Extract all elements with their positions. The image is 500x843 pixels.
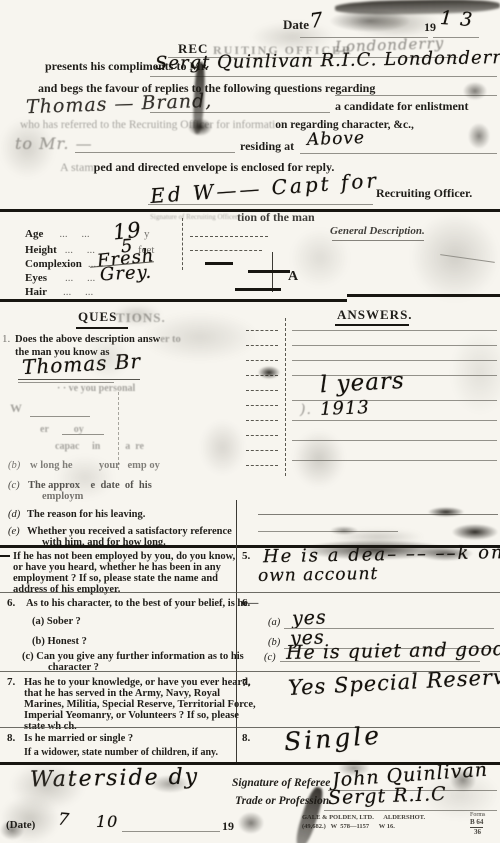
mid-stain-5 [55,455,115,500]
q1-name-underline-1 [18,379,140,380]
age-label: Age [25,228,43,240]
complexion-row: Complexion... [25,259,96,271]
forms-number-top: B 64 [470,819,483,828]
date-day-handwriting: 7 [309,9,325,31]
q6-item-a: (a) Sober ? [32,616,81,627]
answer-stub-8 [246,435,278,436]
description-mark-1 [205,262,233,265]
answer-rule-1 [292,330,497,331]
q7-number: 7. [7,677,15,689]
mid-stain-1 [140,312,260,362]
questions-underline [76,327,128,329]
q1-line1-clear: Does the above description answ [15,334,160,345]
footer-date-month-handwriting: 10 [96,814,118,830]
date-label: Date [283,18,309,32]
description-center-stain [290,228,350,288]
q8-line1: Is he married or single ? [24,733,133,744]
answer-stub-6 [246,405,278,406]
eyes-label: Eyes [25,272,47,284]
description-mark-2 [248,270,290,273]
qe-line1: Whether you received a satisfactory refe… [27,526,232,537]
answer6-number: 6. [242,598,250,610]
footer-date-day-handwriting: 7 [57,811,71,829]
right-edge-mark-1 [463,82,487,100]
qa-column-divider [236,500,237,763]
q7-q8-separator [0,727,500,728]
complexion-label: Complexion [25,258,82,270]
answer5-stain-3 [330,530,425,544]
answers-header: ANSWERS. [337,308,413,322]
description-bottom-rule-left [0,299,347,302]
answer5-number: 5. [242,551,250,563]
answer5-handwriting-line2: own account [258,566,379,585]
qd-answer-blot [428,507,464,517]
officer-signature-scrawl: Ed W—— Capt for [150,170,380,206]
answer-stub-10 [246,465,278,466]
q8-line2: If a widower, state number of children, … [24,748,218,759]
addressee-handwriting: Sergt Quinlivan R.I.C. Londonderry [155,49,500,73]
printer-imprint-line1: GALE & POLDEN, LTD. ALDERSHOT. [302,815,425,822]
q7-line4: Imperial Yeomanry, or Volunteers ? If so… [24,710,239,721]
qd-label: (d) [8,509,20,520]
answer6-c-rule [280,661,480,662]
height-leader-dots: ... ... [65,244,95,256]
description-grid-hline-1 [190,236,268,237]
footer-smudge [150,775,190,793]
scanned-recruiting-reference-form: Date 7 19 1 3 REC RUITING OFFICER London… [0,0,500,843]
description-mark-3 [235,288,281,291]
answer-stub-7 [246,420,278,421]
height-label: Height [25,244,57,256]
footer-year-printed: 19 [222,820,234,833]
qb-label: (b) [8,460,20,471]
q6-intro: As to his character, to the best of your… [26,598,258,609]
qd-text: The reason for his leaving. [27,509,145,520]
answer1-ink-blot [258,366,280,379]
answers-vdash [285,318,286,476]
date-ink-smudge [330,10,410,32]
footer-year-smudge [238,812,264,834]
left-faded-rule-1 [30,416,90,417]
mid-stain-2 [85,335,130,380]
age-leader-dots: ... ... [59,228,89,240]
envelope-line: A stamped and directed envelope is enclo… [60,161,334,174]
residing-label: residing at [240,140,294,153]
date-year-handwriting: 1 3 [439,9,473,30]
residing-line-rule [300,153,497,154]
qe-answer-heavy-blot [452,524,498,540]
answer6-b-label: (b) [268,637,280,648]
answer-rule-6 [292,420,497,421]
answer6-c-label: (c) [264,652,276,663]
candidate-label: a candidate for enlistment [335,100,468,113]
age-row: Age... ... [25,229,90,241]
q2-faded-text: · · ve you personal [57,384,135,395]
right-edge-mark-2 [468,123,490,149]
complexion-leader-dots: ... [88,258,96,270]
footer-descender-blot [338,760,370,776]
left-edge-stain [0,118,55,178]
mid-stain-4 [293,430,345,488]
q6-item-b: (b) Honest ? [32,636,87,647]
answers-underline [335,324,409,326]
left-column-vdash [118,392,119,470]
qc-label: (c) [8,480,20,491]
eyes-row: Eyes... ... [25,273,95,285]
q5-line4: address of his employer. [13,584,120,595]
description-caption: tion of the man [237,211,315,224]
answer8-handwriting: Single [283,723,383,755]
footer-date-label: (Date) [6,820,35,832]
hair-label: Hair [25,286,47,298]
answer1-handwriting-line1: l years [319,370,405,397]
general-description-underline [332,240,424,241]
forms-number-bottom: 36 [474,829,481,836]
referred-faded-text: who has referred to the Recruiting Offic… [20,119,275,131]
answer8-number: 8. [242,733,250,745]
q4-fragment-2: capac in a re [55,442,144,453]
answer6-c-handwriting: He is quiet and good [286,640,500,663]
answer-stub-9 [246,450,278,451]
answer1-prefix-faded: ). [300,403,312,417]
eyes-value-handwriting: Grey. [100,264,153,285]
q3-faded-text: W [10,402,22,415]
footer-right-stain [420,770,500,820]
description-grid-hline-2 [190,250,262,251]
q6-item-c-line1: (c) Can you give any further information… [22,651,244,662]
answer-stub-5 [246,390,278,391]
q7-line1: Has he to your knowledge, or have you ev… [24,677,251,688]
age-unit: y [144,229,150,241]
q1-number: 1. [2,334,10,346]
q5-line1: If he has not been employed by you, do y… [13,551,235,562]
mid-stain-3 [200,420,245,475]
date-year-printed: 19 [424,21,436,34]
description-bottom-rule-right [347,294,500,297]
answer5-stain-2 [418,546,473,561]
answer7-number: 7. [242,678,250,690]
left-faded-rule-2 [62,434,104,435]
q6-number: 6. [7,598,15,610]
right-stain [450,330,500,415]
printer-imprint-line2: (49,682.) W 578—1157 W 16. [302,824,395,831]
q5-margin-tick [0,555,10,557]
envelope-faded-text: A stam [60,160,94,174]
q8-number: 8. [7,733,15,745]
q5-line3: employment ? If so, please state the nam… [13,573,218,584]
qe-label: (e) [8,526,20,537]
answer6-a-label: (a) [268,617,280,628]
answer-stub-3 [246,360,278,361]
q7-line2: that he has served in the Army, Navy, Ro… [24,688,220,699]
envelope-clear-text: ped and directed envelope is enclosed fo… [94,160,335,174]
residing-handwriting: Above [307,130,366,149]
general-description-label: General Description. [330,226,425,238]
recruiting-officer-label: Recruiting Officer. [376,187,472,200]
height-row: Height... ... [25,245,95,257]
candidate-name-handwriting: Thomas — Brand, [26,92,213,117]
hair-leader-dots: ... ... [63,286,93,298]
q7-line3: Marines, Militia, Special Reserve, Terri… [24,699,256,710]
candidate-line-rule [150,112,330,113]
q5-q6-separator [0,592,500,593]
eyes-leader-dots: ... ... [65,272,95,284]
name-blank-rule [75,152,235,153]
q5-line2: or have you heard, whether he has been i… [13,562,221,573]
answer1-handwriting-line2: 1913 [320,399,370,419]
caption-faded-text: Signature of Recruiting Officer [150,214,238,221]
intro-ink-blot [188,118,212,136]
footer-date-rule [122,831,220,832]
description-grid-vline-1 [182,218,183,270]
officer-signature-rule [148,204,373,205]
hair-row: Hair... ... [25,287,93,299]
